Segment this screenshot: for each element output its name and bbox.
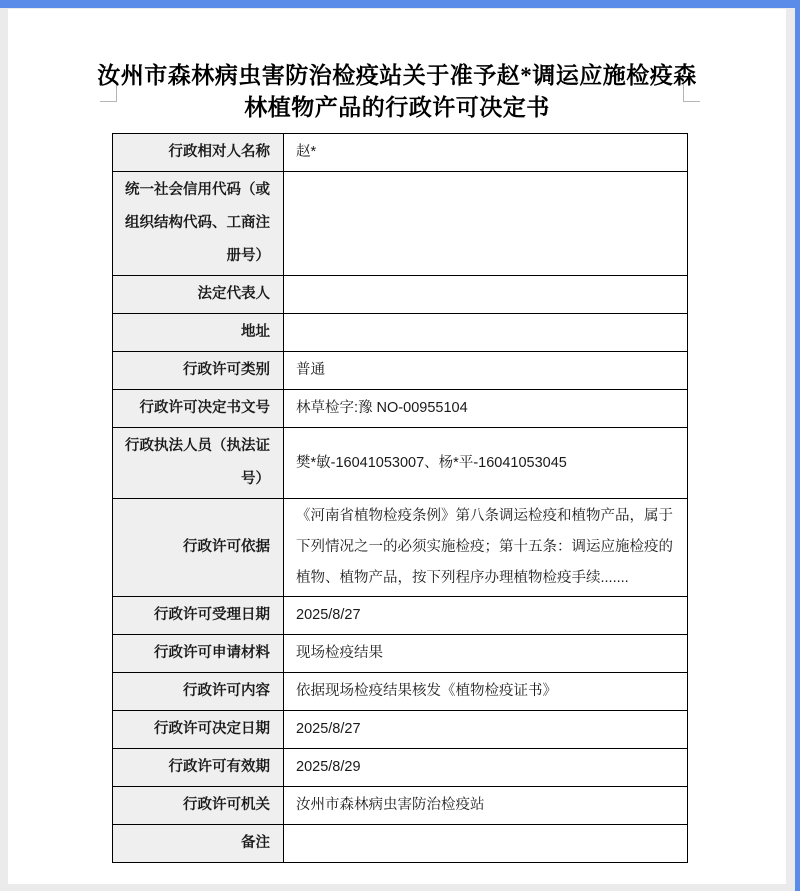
row-value: 2025/8/29	[284, 749, 688, 787]
table-row: 行政执法人员（执法证号）樊*敏-16041053007、杨*平-16041053…	[113, 428, 688, 499]
scrollbar-thumb[interactable]	[795, 0, 800, 891]
row-value: 汝州市森林病虫害防治检疫站	[284, 787, 688, 825]
table-row: 行政许可决定书文号林草检字:豫 NO-00955104	[113, 390, 688, 428]
table-row: 行政许可机关汝州市森林病虫害防治检疫站	[113, 787, 688, 825]
row-value	[284, 276, 688, 314]
table-row: 法定代表人	[113, 276, 688, 314]
row-value	[284, 172, 688, 276]
table-row: 备注	[113, 825, 688, 863]
table-row: 行政许可申请材料现场检疫结果	[113, 635, 688, 673]
row-value: 樊*敏-16041053007、杨*平-16041053045	[284, 428, 688, 499]
row-label: 行政许可决定书文号	[113, 390, 284, 428]
table-row: 行政许可决定日期2025/8/27	[113, 711, 688, 749]
scrollbar-track[interactable]	[786, 8, 795, 891]
row-label: 行政许可依据	[113, 499, 284, 597]
row-value: 普通	[284, 352, 688, 390]
row-value: 《河南省植物检疫条例》第八条调运检疫和植物产品，属于下列情况之一的必须实施检疫；…	[284, 499, 688, 597]
row-value: 2025/8/27	[284, 597, 688, 635]
row-label: 行政许可类别	[113, 352, 284, 390]
document-page: 汝州市森林病虫害防治检疫站关于准予赵*调运应施检疫森林植物产品的行政许可决定书 …	[8, 9, 786, 884]
row-value: 赵*	[284, 134, 688, 172]
browser-top-bar	[0, 0, 800, 8]
row-value: 林草检字:豫 NO-00955104	[284, 390, 688, 428]
row-label: 行政许可申请材料	[113, 635, 284, 673]
row-label: 行政许可有效期	[113, 749, 284, 787]
table-row: 行政许可类别普通	[113, 352, 688, 390]
row-label: 统一社会信用代码（或组织结构代码、工商注册号）	[113, 172, 284, 276]
row-value: 依据现场检疫结果核发《植物检疫证书》	[284, 673, 688, 711]
row-label: 行政相对人名称	[113, 134, 284, 172]
table-row: 行政许可内容依据现场检疫结果核发《植物检疫证书》	[113, 673, 688, 711]
row-label: 行政执法人员（执法证号）	[113, 428, 284, 499]
row-value: 现场检疫结果	[284, 635, 688, 673]
row-label: 行政许可受理日期	[113, 597, 284, 635]
row-label: 行政许可内容	[113, 673, 284, 711]
table-row: 行政许可依据《河南省植物检疫条例》第八条调运检疫和植物产品，属于下列情况之一的必…	[113, 499, 688, 597]
row-value	[284, 314, 688, 352]
permit-table-body: 行政相对人名称赵*统一社会信用代码（或组织结构代码、工商注册号）法定代表人地址行…	[113, 134, 688, 863]
document-title: 汝州市森林病虫害防治检疫站关于准予赵*调运应施检疫森林植物产品的行政许可决定书	[97, 60, 697, 124]
row-value: 2025/8/27	[284, 711, 688, 749]
row-label: 行政许可决定日期	[113, 711, 284, 749]
table-row: 统一社会信用代码（或组织结构代码、工商注册号）	[113, 172, 688, 276]
table-row: 行政许可有效期2025/8/29	[113, 749, 688, 787]
table-row: 地址	[113, 314, 688, 352]
row-label: 地址	[113, 314, 284, 352]
row-label: 法定代表人	[113, 276, 284, 314]
table-row: 行政相对人名称赵*	[113, 134, 688, 172]
row-label: 行政许可机关	[113, 787, 284, 825]
table-row: 行政许可受理日期2025/8/27	[113, 597, 688, 635]
row-label: 备注	[113, 825, 284, 863]
row-value	[284, 825, 688, 863]
permit-table: 行政相对人名称赵*统一社会信用代码（或组织结构代码、工商注册号）法定代表人地址行…	[112, 133, 688, 863]
